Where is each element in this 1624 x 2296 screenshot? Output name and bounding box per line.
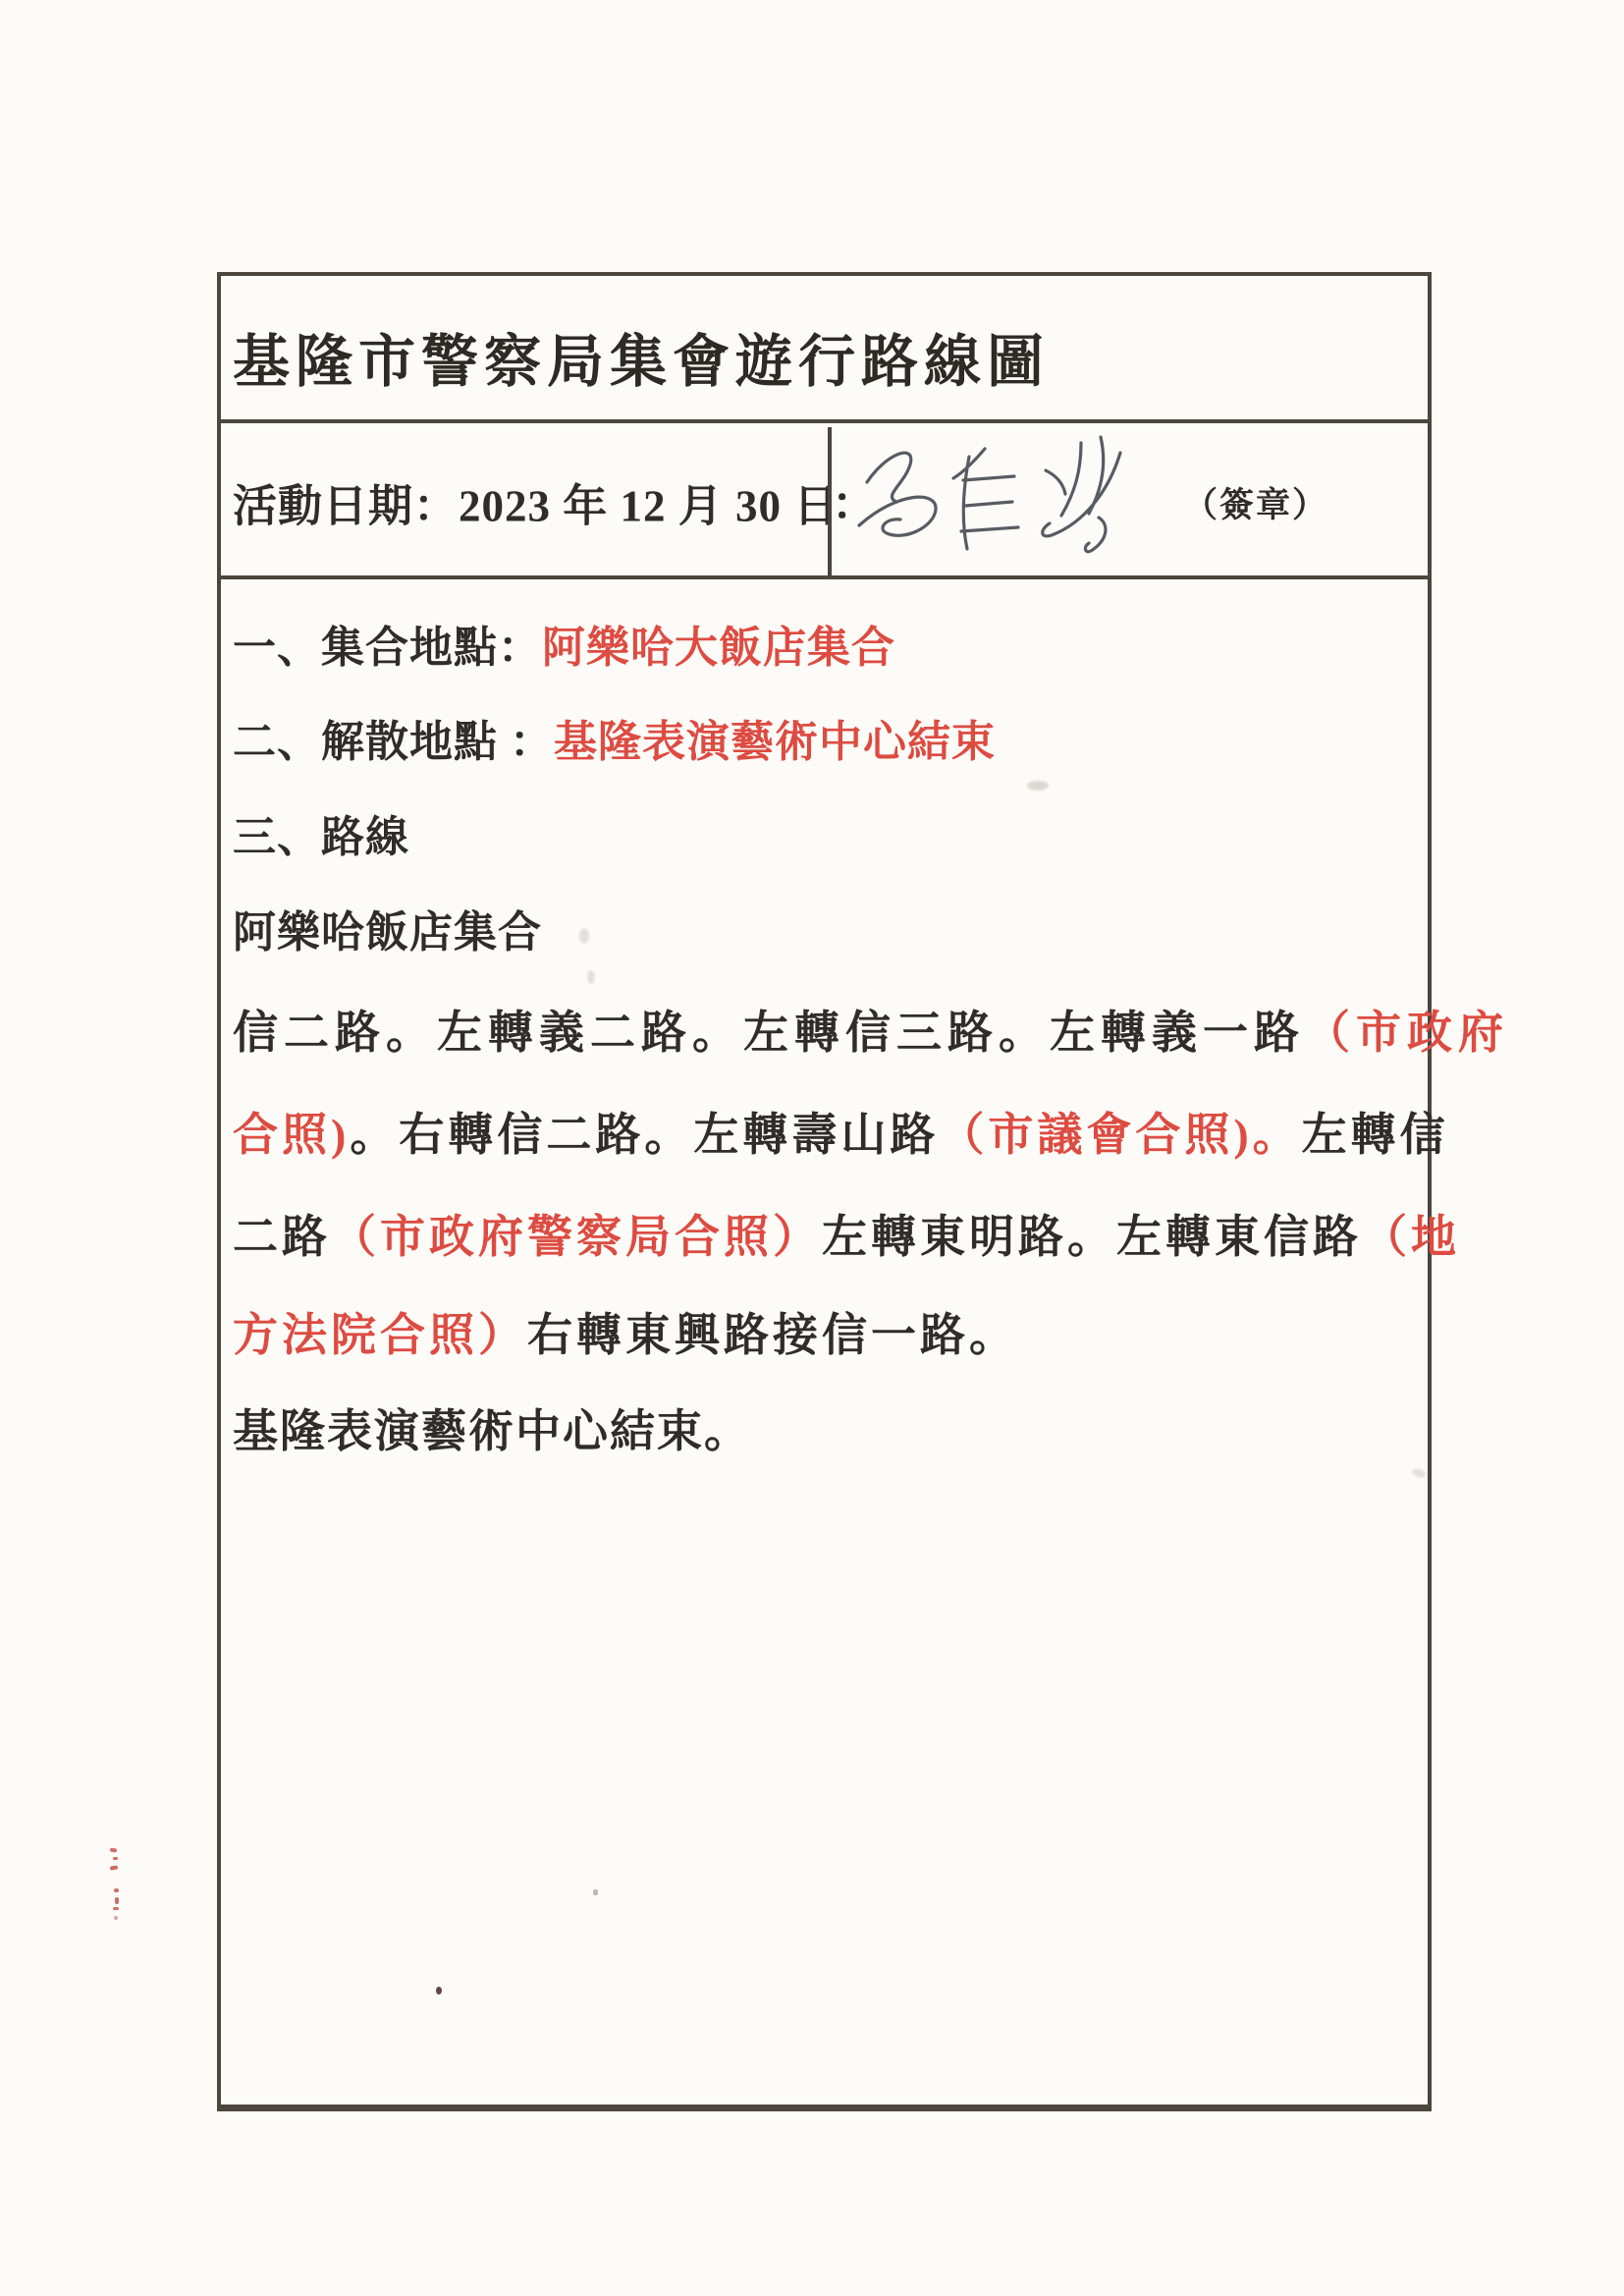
event-date-text: 活動日期：2023 年 12 月 30 日: [233, 469, 839, 533]
dispersal-point-value: 基隆表演藝術中心結束: [554, 718, 996, 766]
scan-speck: [114, 1916, 118, 1920]
page-title: 基隆市警察局集會遊行路線圖: [233, 315, 1050, 398]
scan-speck: [110, 1848, 117, 1853]
route-heading: 三、路線: [233, 813, 409, 861]
route-photo-note: 方法院合照）: [233, 1310, 527, 1360]
scan-fleck: [1027, 781, 1049, 791]
stamp-label: （簽章）: [1183, 478, 1328, 527]
route-photo-note: （市政府警察局合照）: [331, 1212, 822, 1262]
route-photo-note: （地: [1362, 1212, 1460, 1262]
body-line-assembly-point: 一、集合地點：阿樂哈大飯店集合: [233, 612, 895, 675]
route-photo-note: （市議會合照)。: [939, 1110, 1301, 1160]
route-photo-note: 合照): [233, 1110, 350, 1160]
route-start: 阿樂哈飯店集合: [233, 908, 542, 957]
route-segment: 二路: [233, 1212, 331, 1262]
route-photo-note: （市政府: [1305, 1008, 1509, 1058]
event-date-cell: 活動日期：2023 年 12 月 30 日: [221, 427, 828, 575]
dispersal-point-label: 二、解散地點 ：: [233, 718, 554, 766]
document-table-border: 基隆市警察局集會遊行路線圖 活動日期：2023 年 12 月 30 日 ：: [217, 272, 1432, 2111]
route-segment: 右轉東興路接信一路。: [527, 1310, 1018, 1360]
route-segment: 。右轉信二路。左轉壽山路: [350, 1110, 939, 1160]
body-line-route-start: 阿樂哈飯店集合: [233, 897, 542, 959]
route-segment: 左轉東明路。左轉東信路: [822, 1212, 1362, 1262]
scan-speck: [113, 1857, 118, 1860]
scan-speck: [110, 1865, 119, 1870]
body-line-route-1: 信二路。左轉義二路。左轉信三路。左轉義一路（市政府: [233, 997, 1509, 1062]
route-segment: 左轉信: [1302, 1110, 1449, 1160]
body-line-route-4: 方法院合照）右轉東興路接信一路。: [233, 1299, 1018, 1364]
scan-fleck: [587, 970, 595, 984]
scan-speck: [113, 1907, 119, 1910]
assembly-point-value: 阿樂哈大飯店集合: [542, 624, 895, 672]
handwritten-signature: [853, 419, 1177, 588]
body-line-route-heading: 三、路線: [233, 801, 409, 864]
scan-speck: [436, 1987, 442, 1995]
body-line-dispersal-point: 二、解散地點 ：基隆表演藝術中心結束: [233, 706, 996, 769]
assembly-point-label: 一、集合地點：: [233, 624, 542, 672]
title-row: 基隆市警察局集會遊行路線圖: [221, 276, 1428, 423]
route-segment: 信二路。左轉義二路。左轉信三路。左轉義一路: [233, 1008, 1305, 1058]
document-body: 一、集合地點：阿樂哈大飯店集合 二、解散地點 ：基隆表演藝術中心結束 三、路線 …: [221, 583, 1428, 2105]
scanned-document-page: 基隆市警察局集會遊行路線圖 活動日期：2023 年 12 月 30 日 ：: [0, 0, 1624, 2296]
scan-speck: [115, 1897, 119, 1904]
body-line-route-2: 合照)。右轉信二路。左轉壽山路（市議會合照)。左轉信: [233, 1099, 1449, 1164]
route-end: 基隆表演藝術中心結束。: [233, 1406, 751, 1456]
date-signature-row: 活動日期：2023 年 12 月 30 日 ：: [221, 427, 1428, 579]
body-line-route-end: 基隆表演藝術中心結束。: [233, 1395, 751, 1460]
body-line-route-3: 二路（市政府警察局合照）左轉東明路。左轉東信路（地: [233, 1201, 1460, 1266]
scan-fleck: [579, 928, 589, 944]
scan-speck: [114, 1888, 119, 1892]
signature-cell: ：: [828, 427, 1428, 575]
scan-speck: [593, 1889, 598, 1895]
